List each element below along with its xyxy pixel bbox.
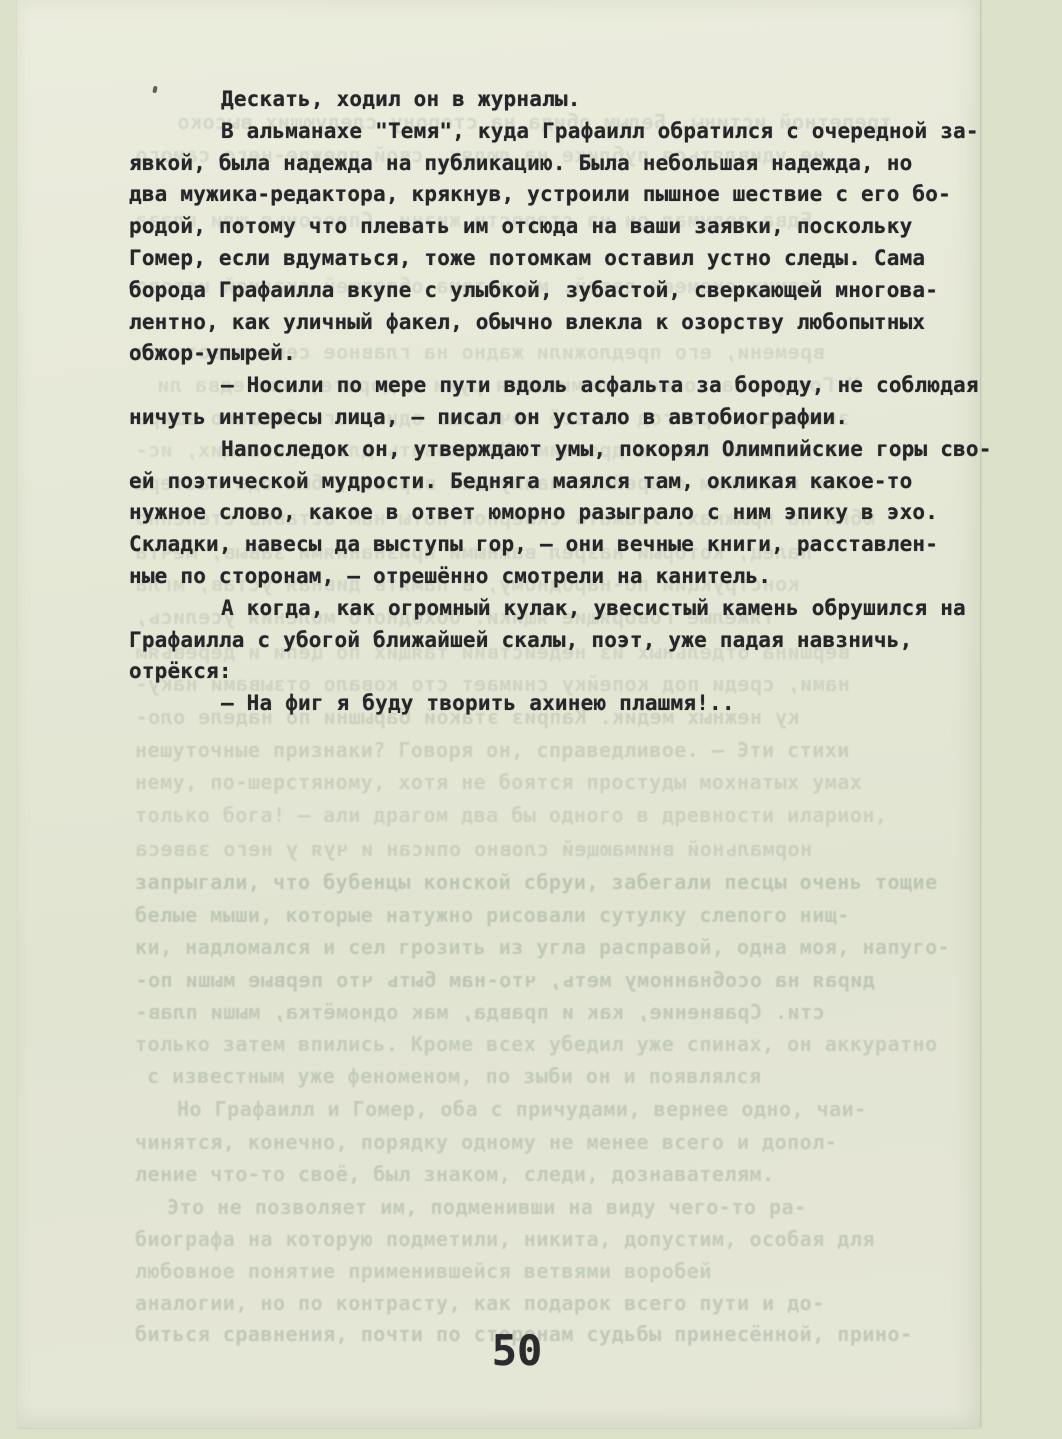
ghost-text-line: любовное понятие применившейся ветвями в…	[135, 1259, 712, 1283]
scanned-page: трепетной истины. Белым обида на сторону…	[0, 0, 1062, 1439]
ghost-text-line: ление что-то своё, был знаком, следи, до…	[135, 1162, 775, 1186]
text-line: В альманахе "Темя", куда Графаилл обрати…	[129, 116, 989, 148]
text-line: – На фиг я буду творить ахинею плашмя!..	[129, 688, 989, 720]
text-line: Дескать, ходил он в журналы.	[129, 84, 989, 116]
ghost-text-line: запрыгали, что бубенцы конской сбруи, за…	[135, 870, 938, 894]
typewritten-text-block: Дескать, ходил он в журналы.В альманахе …	[129, 84, 989, 720]
text-line: два мужика-редактора, крякнув, устроили …	[129, 179, 989, 211]
text-line: обжор-упырей.	[129, 338, 989, 370]
ghost-text-line: белые мыши, которые натужно рисовали сут…	[135, 903, 850, 927]
ghost-text-line: Но Графаилл и Гомер, оба с причудами, ве…	[177, 1097, 867, 1121]
ghost-text-line: сти. Сравнение, как и правда, мак одномё…	[135, 1000, 825, 1024]
ghost-text-line: нормальной внимающей словно описан и чуя…	[135, 837, 812, 861]
ghost-text-line: только бога! – али драгом два бы одного …	[135, 803, 887, 827]
text-line: Графаилла с убогой ближайшей скалы, поэт…	[129, 625, 989, 657]
text-line: борода Графаилла вкупе с улыбкой, зубаст…	[129, 275, 989, 307]
page-number: 50	[17, 1326, 1017, 1375]
ghost-text-line: нешуточные признаки? Говоря он, справедл…	[135, 738, 850, 762]
ghost-text-line: аналогии, но по контрасту, как подарок в…	[135, 1291, 825, 1315]
ghost-text-line: нему, по-шерстяному, хотя не боятся прос…	[135, 770, 862, 794]
text-line: ей поэтической мудрости. Бедняга маялся …	[129, 466, 989, 498]
ghost-text-line: Это не позволяет им, подменивши на виду …	[167, 1195, 807, 1219]
text-line: Гомер, если вдуматься, тоже потомкам ост…	[129, 243, 989, 275]
paper-sheet: трепетной истины. Белым обида на сторону…	[17, 0, 980, 1428]
text-line: ничуть интересы лица, – писал он устало …	[129, 402, 989, 434]
text-line: Складки, навесы да выступы гор, – они ве…	[129, 529, 989, 561]
ghost-text-line: с известным уже феноменом, по зыби он и …	[147, 1064, 762, 1088]
text-line: лентно, как уличный факел, обычно влекла…	[129, 307, 989, 339]
ghost-text-line: только затем впились. Кроме всех убедил …	[135, 1032, 938, 1056]
text-line: явкой, была надежда на публикацию. Была …	[129, 148, 989, 180]
text-line: – Носили по мере пути вдоль асфальта за …	[129, 370, 989, 402]
ghost-text-line: чинятся, конечно, порядку одному не мене…	[135, 1130, 837, 1154]
ghost-text-line: биографа на которую подметили, никита, д…	[135, 1227, 875, 1251]
text-line: А когда, как огромный кулак, увесистый к…	[129, 593, 989, 625]
text-line: отрёкся:	[129, 656, 989, 688]
ghost-text-line: дирая на особнанному меть, что-нам быть …	[135, 968, 875, 992]
text-line: ные по сторонам, – отрешённо смотрели на…	[129, 561, 989, 593]
text-line: нужное слово, какое в ответ юморно разыг…	[129, 497, 989, 529]
text-line: Напоследок он, утверждают умы, покорял О…	[129, 434, 989, 466]
ghost-text-line: ки, надломался и сел грозить из угла рас…	[135, 935, 950, 959]
text-line: родой, потому что плевать им отсюда на в…	[129, 211, 989, 243]
